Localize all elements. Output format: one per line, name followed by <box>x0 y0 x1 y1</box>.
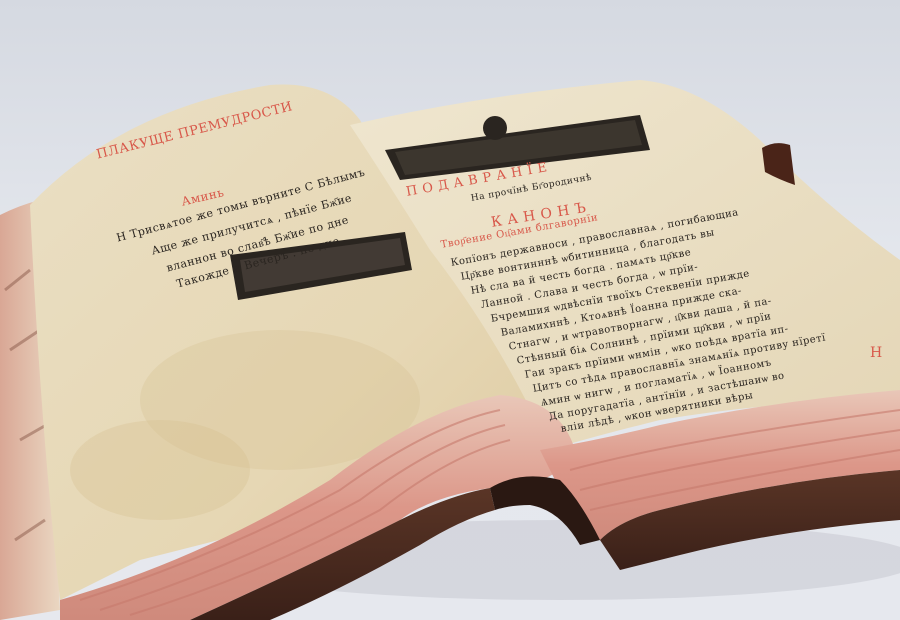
photo-scene: ПЛАКУЩЕ ПРЕМУДРОСТИ Аминь Н Трисвѧтое же… <box>0 0 900 620</box>
right-page-margin-mark: Н <box>870 345 883 361</box>
book-illustration <box>0 0 900 620</box>
